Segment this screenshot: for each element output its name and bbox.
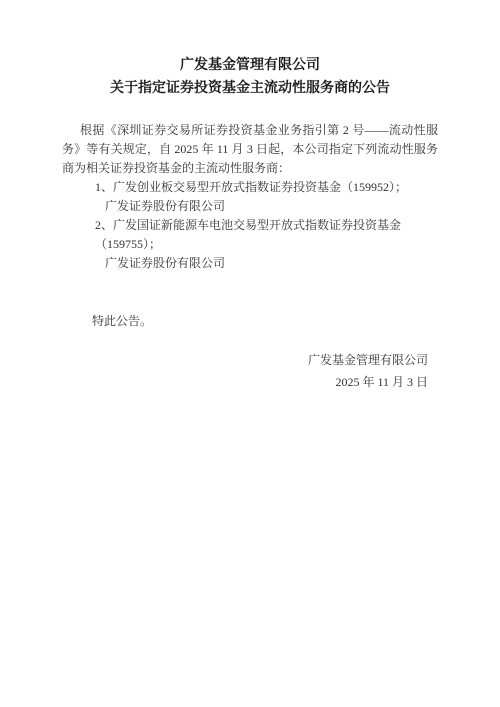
fund-provider-1: 广发证券股份有限公司 [62, 197, 438, 216]
doc-title-subject: 关于指定证券投资基金主流动性服务商的公告 [62, 79, 438, 99]
signature-date: 2025 年 11 月 3 日 [62, 373, 428, 392]
signature-company: 广发基金管理有限公司 [62, 351, 428, 370]
closing-statement: 特此公告。 [62, 312, 438, 331]
doc-title-company: 广发基金管理有限公司 [62, 56, 438, 76]
intro-paragraph: 根据《深圳证券交易所证券投资基金业务指引第 2 号——流动性服务》等有关规定，自… [62, 121, 438, 178]
fund-item-1: 1、广发创业板交易型开放式指数证券投资基金（159952）； [62, 178, 438, 197]
document-page: 广发基金管理有限公司 关于指定证券投资基金主流动性服务商的公告 根据《深圳证券交… [0, 0, 500, 707]
fund-item-2: 2、广发国证新能源车电池交易型开放式指数证券投资基金（159755）； [62, 216, 438, 254]
fund-provider-2: 广发证券股份有限公司 [62, 254, 438, 273]
fund-list: 1、广发创业板交易型开放式指数证券投资基金（159952）； 广发证券股份有限公… [62, 178, 438, 273]
signature-block: 广发基金管理有限公司 2025 年 11 月 3 日 [62, 351, 438, 392]
